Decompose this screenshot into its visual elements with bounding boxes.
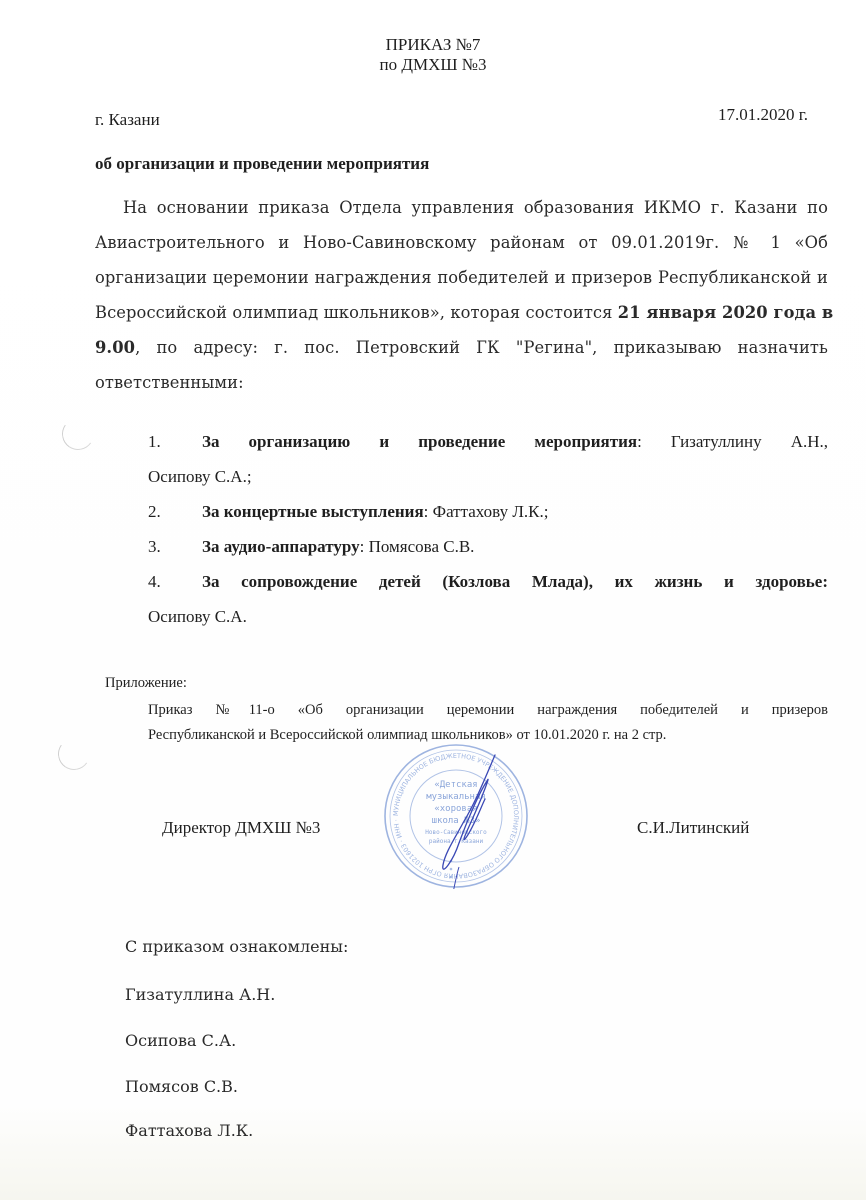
list-item-title: За концертные выступления [202,502,424,521]
list-item-title: За аудио-аппаратуру [202,537,360,556]
list-item: За организацию и проведение мероприятия:… [202,432,828,452]
list-item: За аудио-аппаратуру: Помясова С.В. [202,537,474,557]
body-line: 9.00, по адресу: г. пос. Петровский ГК "… [95,338,828,357]
appendix-text: Приказ №11-о «Об организации церемонии н… [148,702,828,719]
body-line: На основании приказа Отдела управления о… [123,198,828,217]
list-item: За концертные выступления: Фаттахову Л.К… [202,502,548,522]
list-number: 3. [148,537,161,557]
list-item: За сопровождение детей (Козлова Млада), … [202,572,828,592]
acknowledgement-label: С приказом ознакомлены: [125,937,348,956]
list-item-assignee: : Фаттахову Л.К.; [424,502,549,521]
body-line: ответственными: [95,373,828,392]
acknowledged-person: Гизатуллина А.Н. [125,985,275,1004]
official-stamp-icon: МУНИЦИПАЛЬНОЕ БЮДЖЕТНОЕ УЧРЕЖДЕНИЕ ДОПОЛ… [383,743,529,889]
svg-text:«Детская: «Детская [434,780,477,790]
acknowledged-person: Осипова С.А. [125,1031,236,1050]
subject: об организации и проведении мероприятия [95,154,429,174]
body-text: , по адресу: г. пос. Петровский ГК "Реги… [135,338,828,357]
event-date-emphasis: 21 января 2020 года в [618,303,834,322]
list-item-title: За организацию и проведение мероприятия [202,432,637,451]
order-title: ПРИКАЗ №7 [0,35,866,55]
date: 17.01.2020 г. [718,105,808,125]
appendix-text: Республиканской и Всероссийской олимпиад… [148,727,666,744]
list-item-title: За сопровождение детей (Козлова Млада), … [202,572,828,591]
appendix-label: Приложение: [105,675,187,692]
place: г. Казани [95,110,160,130]
acknowledged-person: Помясов С.В. [125,1077,238,1096]
list-number: 2. [148,502,161,522]
body-line: Всероссийской олимпиад школьников», кото… [95,303,828,322]
signatory-position: Директор ДМХШ №3 [162,818,320,838]
event-time-emphasis: 9.00 [95,338,135,357]
list-item-continuation: Осипову С.А. [148,607,247,627]
body-line: организации церемонии награждения победи… [95,268,828,287]
punch-hole-mark [59,415,96,452]
punch-hole-mark [55,735,92,772]
list-item-assignee: : Помясова С.В. [360,537,475,556]
body-line: Авиастроительного и Ново-Савиновскому ра… [95,233,828,252]
document-page: ПРИКАЗ №7 по ДМХШ №3 г. Казани 17.01.202… [0,0,866,1200]
svg-text:района г.Казани: района г.Казани [429,838,484,845]
order-subtitle: по ДМХШ №3 [0,55,866,75]
acknowledged-person: Фаттахова Л.К. [125,1121,253,1140]
list-item-continuation: Осипову С.А.; [148,467,252,487]
body-text: Всероссийской олимпиад школьников», кото… [95,303,618,322]
list-number: 1. [148,432,161,452]
list-number: 4. [148,572,161,592]
signatory-name: С.И.Литинский [637,818,749,838]
list-item-assignee: : Гизатуллину А.Н., [637,432,828,451]
